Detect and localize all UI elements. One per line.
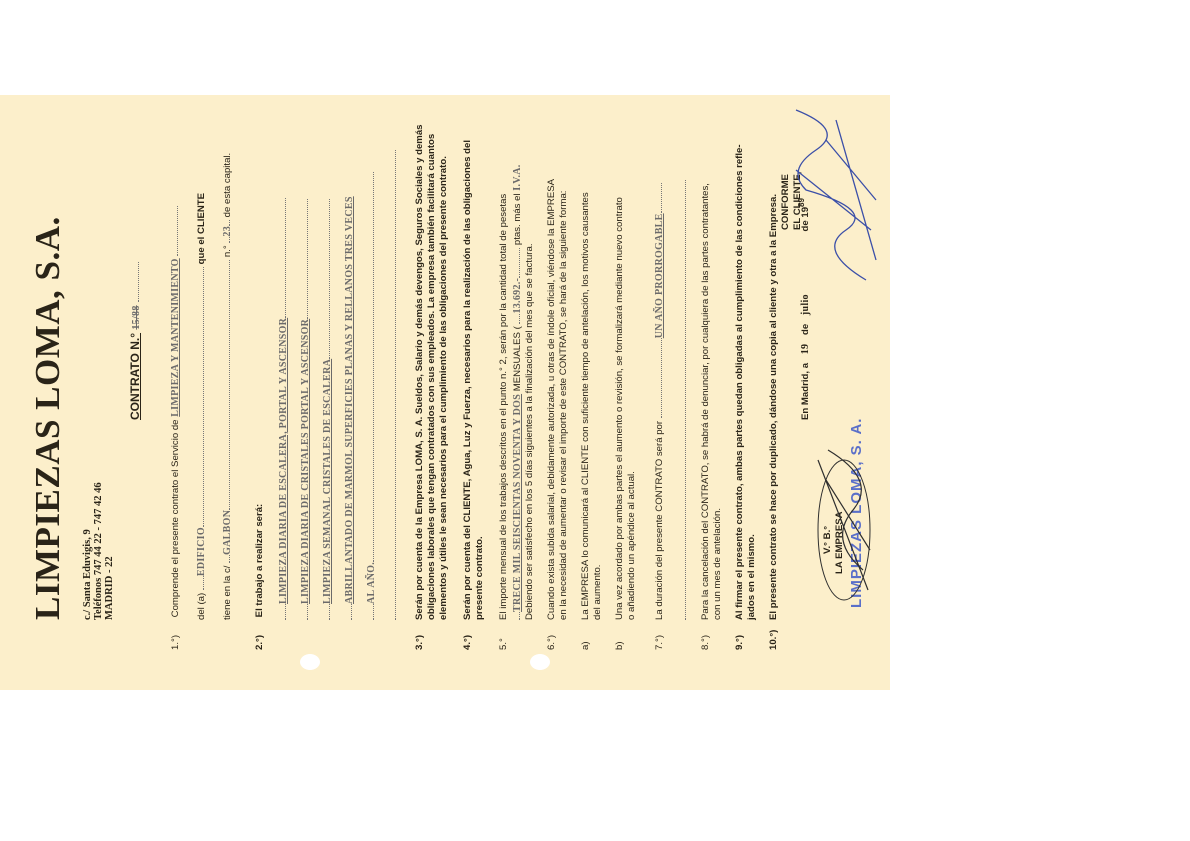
clause-6b-label: b) <box>614 620 626 650</box>
clause-1-text-b: del (a) <box>196 593 207 620</box>
clause-6b-line: o añadiendo un apéndice al actual. <box>626 179 638 650</box>
date-month: julio <box>800 294 811 315</box>
clause-6: 6.°)Cuando exista subida salarial, debid… <box>546 179 638 650</box>
clause-2-heading-text: El trabajo a realizar será: <box>254 504 265 618</box>
tax-field: I.V.A. <box>512 164 523 190</box>
clause-1-line-2: del (a) EDIFICIO que el CLIENTE <box>194 193 208 620</box>
work-item: AL AÑO. <box>366 562 377 604</box>
clause-4-line: presente contrato. <box>474 140 486 650</box>
clause-10-number: 10.°) <box>768 620 780 650</box>
clause-2-item-3: LIMPIEZA SEMANAL CRISTALES DE ESCALERA <box>320 199 334 620</box>
clause-2-blank <box>386 150 400 620</box>
clause-5-number: 5.° <box>498 620 510 650</box>
clause-2-item-2: LIMPIEZA DIARIA DE CRISTALES PORTAL Y AS… <box>298 199 312 620</box>
amount-number-field: 13.692.- <box>512 278 523 314</box>
clause-8-number: 8.°) <box>700 620 712 650</box>
amount-words-field: TRECE MIL SEISCIENTAS NOVENTA Y DOS <box>512 394 523 612</box>
clause-1-text-d: tiene en la c/ <box>222 566 233 620</box>
company-signature <box>808 410 883 610</box>
company-name: LIMPIEZAS LOMA, S.A. <box>28 216 68 620</box>
company-address: c./ Santa Eduvigis, 9 Teléfonos 747 44 2… <box>82 482 115 620</box>
clause-6-number: 6.°) <box>546 620 558 650</box>
work-item: LIMPIEZA DIARIA DE CRISTALES PORTAL Y AS… <box>300 319 311 604</box>
clause-5: 5.°El importe mensual de los trabajos de… <box>498 164 536 650</box>
clause-3-line: elementos y útiles le sean necesarios pa… <box>438 125 450 651</box>
clause-5-text: El importe mensual de los trabajos descr… <box>498 194 509 620</box>
clause-3: 3.°)Serán por cuenta de la Empresa LOMA,… <box>414 125 450 651</box>
work-item: LIMPIEZA SEMANAL CRISTALES DE ESCALERA <box>322 359 333 604</box>
clause-2-number: 2.°) <box>254 620 266 650</box>
clause-6-line: Cuando exista subida salarial, debidamen… <box>546 179 557 620</box>
clause-1-text-f: de esta capital. <box>222 153 233 218</box>
monthly-label: MENSUALES <box>512 332 523 391</box>
address-line: c./ Santa Eduvigis, 9 <box>82 482 93 620</box>
clause-2-item-1: LIMPIEZA DIARIA DE ESCALERA, PORTAL Y AS… <box>276 198 290 620</box>
clause-3-line: Serán por cuenta de la Empresa LOMA, S. … <box>414 125 425 621</box>
clause-1-line-3: tiene en la c/ GALBON n.° 23 de esta cap… <box>220 153 234 620</box>
clause-3-line: obligaciones laborales que tengan contra… <box>426 125 438 651</box>
punch-hole <box>300 654 320 670</box>
client-signature <box>776 100 890 290</box>
clause-7: 7.°)La duración del presente CONTRATO se… <box>652 180 690 650</box>
clause-1-text-c: que el CLIENTE <box>196 193 207 264</box>
contract-page: LIMPIEZAS LOMA, S.A. c./ Santa Eduvigis,… <box>0 95 890 690</box>
work-item: ABRILLANTADO DE MARMOL SUPERFICIES PLANA… <box>344 196 355 604</box>
clause-4: 4.°)Serán por cuenta del CLIENTE, Agua, … <box>462 140 486 650</box>
signature-icon <box>776 100 886 290</box>
clause-6a-line: del aumento. <box>592 179 604 650</box>
signature-icon <box>808 410 878 610</box>
date-de: de <box>800 324 811 335</box>
clause-4-number: 4.°) <box>462 620 474 650</box>
clause-1-line-1: 1.°) Comprende el presente contrato el S… <box>168 206 182 650</box>
clause-6b-line: Una vez acordado por ambas partes el aum… <box>614 197 625 620</box>
clause-9-number: 9.°) <box>734 620 746 650</box>
clause-5-text-c: Debiendo ser satisfecho en los 5 días si… <box>524 164 536 650</box>
duration-field: UN AÑO PRORROGABLE <box>654 213 665 338</box>
object-field: EDIFICIO <box>196 527 207 576</box>
street-field: GALBON <box>222 510 233 555</box>
street-number-field: 23 <box>222 226 233 237</box>
clause-1-text-e: n.° <box>222 245 233 257</box>
service-field: LIMPIEZA Y MANTENIMIENTO <box>170 258 181 417</box>
work-item: LIMPIEZA DIARIA DE ESCALERA, PORTAL Y AS… <box>278 318 289 604</box>
clause-9-line: jados en el mismo. <box>746 144 758 650</box>
clause-7-number: 7.°) <box>654 620 666 650</box>
clause-2-item-5: AL AÑO. <box>364 172 378 620</box>
clause-8-line: Para la cancelación del CONTRATO, se hab… <box>700 183 711 620</box>
contract-title: CONTRATO N.° 15/88 <box>128 262 142 420</box>
clause-7-text: La duración del presente CONTRATO será p… <box>654 421 665 620</box>
clause-2-heading: 2.°) El trabajo a realizar será: <box>254 504 266 650</box>
date-day: 19 <box>800 344 811 355</box>
clause-3-number: 3.°) <box>414 620 426 650</box>
clause-6a-line: La EMPRESA lo comunicará al CLIENTE con … <box>580 192 591 620</box>
scanned-contract-sheet: LIMPIEZAS LOMA, S.A. c./ Santa Eduvigis,… <box>0 95 890 690</box>
clause-6a-label: a) <box>580 620 592 650</box>
punch-hole <box>530 654 550 670</box>
clause-8-line: con un mes de antelación. <box>712 183 724 650</box>
clause-9-line: Al firmar el presente contrato, ambas pa… <box>734 144 745 620</box>
phone-line: Teléfonos 747 44 22 - 747 42 46 <box>93 482 104 620</box>
city-line: MADRID - 22 <box>104 482 115 620</box>
clause-8: 8.°)Para la cancelación del CONTRATO, se… <box>700 183 724 650</box>
clause-6-line: en la necesidad de aumentar o revisar el… <box>558 179 570 650</box>
clause-1-text: Comprende el presente contrato el Servic… <box>170 419 181 617</box>
contract-number: 15/88 <box>131 305 142 329</box>
clause-2-item-4: ABRILLANTADO DE MARMOL SUPERFICIES PLANA… <box>342 196 356 620</box>
clause-4-line: Serán por cuenta del CLIENTE, Agua, Luz … <box>462 140 473 620</box>
contract-title-label: CONTRATO N.° <box>128 333 142 420</box>
clause-5-text-b: ptas. más el <box>512 193 523 245</box>
clause-9: 9.°)Al firmar el presente contrato, amba… <box>734 144 758 650</box>
clause-1-number: 1.°) <box>170 620 182 650</box>
